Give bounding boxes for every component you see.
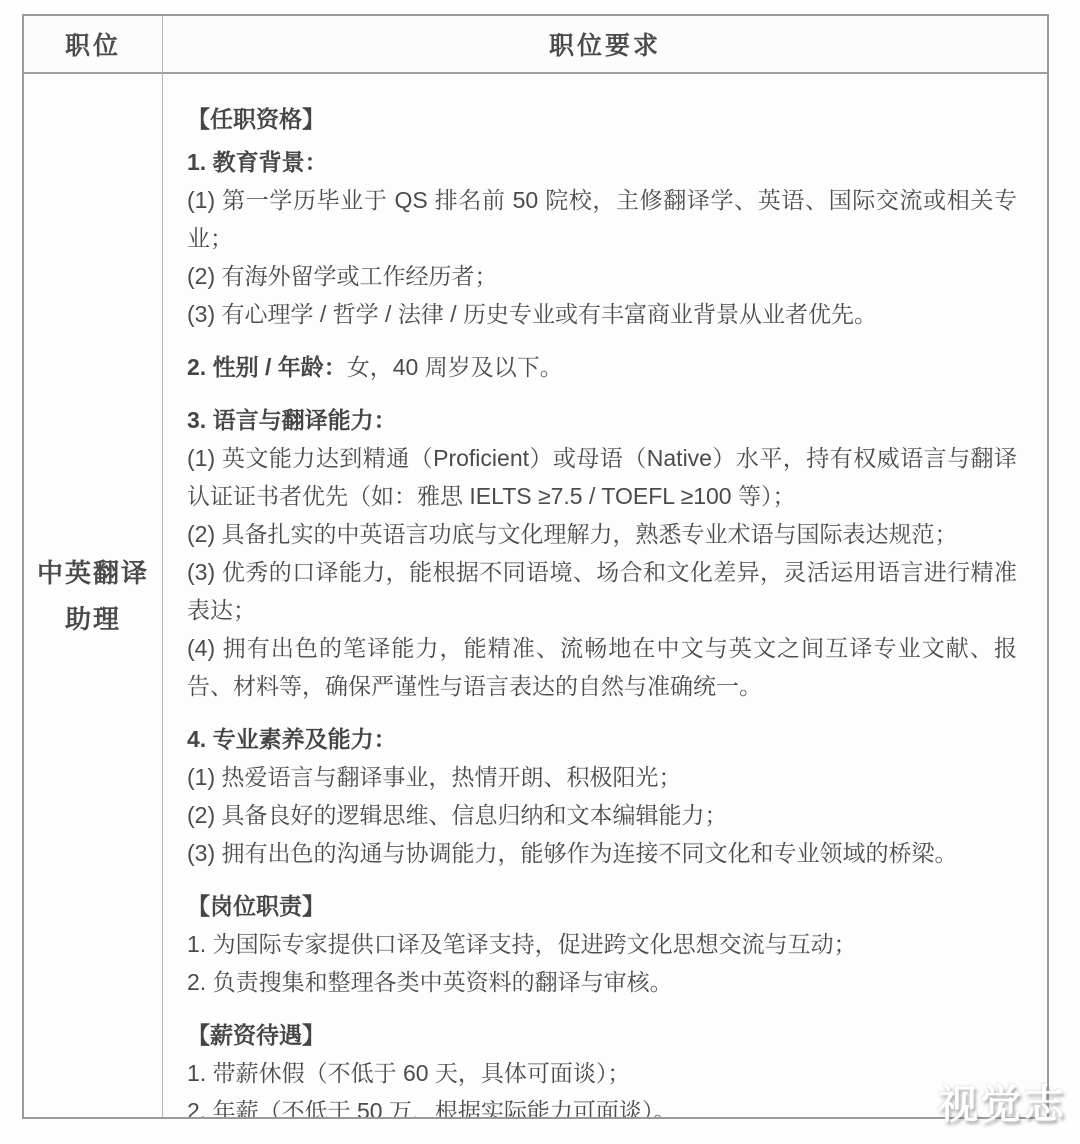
- gender-age-value: 女，40 周岁及以下。: [347, 354, 563, 380]
- requirement-item: (3) 拥有出色的沟通与协调能力，能够作为连接不同文化和专业领域的桥梁。: [187, 834, 1017, 872]
- requirement-item: 1. 为国际专家提供口译及笔译支持，促进跨文化思想交流与互动；: [187, 925, 1017, 963]
- requirement-item: (4) 拥有出色的笔译能力，能精准、流畅地在中文与英文之间互译专业文献、报告、材…: [187, 629, 1017, 705]
- requirement-item: 2. 年薪（不低于 50 万，根据实际能力可面谈）。: [187, 1092, 1017, 1117]
- section-heading-qualifications: 【任职资格】: [187, 100, 1017, 138]
- requirement-item: 1. 带薪休假（不低于 60 天，具体可面谈）；: [187, 1054, 1017, 1092]
- requirement-item: (1) 第一学历毕业于 QS 排名前 50 院校，主修翻译学、英语、国际交流或相…: [187, 181, 1017, 257]
- requirement-item: 2. 负责搜集和整理各类中英资料的翻译与审核。: [187, 963, 1017, 1001]
- subsection-title-competency: 4. 专业素养及能力：: [187, 720, 1017, 758]
- subsection-language: 3. 语言与翻译能力： (1) 英文能力达到精通（Proficient）或母语（…: [187, 401, 1017, 705]
- section-heading-duties: 【岗位职责】: [187, 887, 1017, 925]
- position-title: 中英翻译 助理: [37, 550, 149, 642]
- section-duties: 【岗位职责】 1. 为国际专家提供口译及笔译支持，促进跨文化思想交流与互动； 2…: [187, 887, 1017, 1001]
- position-cell: 中英翻译 助理: [24, 74, 163, 1117]
- requirement-item: (1) 英文能力达到精通（Proficient）或母语（Native）水平，持有…: [187, 439, 1017, 515]
- subsection-title-education: 1. 教育背景：: [187, 143, 1017, 181]
- page: 职位 职位要求 中英翻译 助理 【任职资格】 1. 教育背景： (1) 第一学历…: [0, 0, 1080, 1144]
- requirements-cell: 【任职资格】 1. 教育背景： (1) 第一学历毕业于 QS 排名前 50 院校…: [163, 74, 1047, 1117]
- gender-age-line: 2. 性别 / 年龄：女，40 周岁及以下。: [187, 348, 1017, 386]
- subsection-title-language: 3. 语言与翻译能力：: [187, 401, 1017, 439]
- requirement-item: (3) 有心理学 / 哲学 / 法律 / 历史专业或有丰富商业背景从业者优先。: [187, 295, 1017, 333]
- column-header-requirements: 职位要求: [163, 16, 1047, 74]
- requirement-item: (2) 具备扎实的中英语言功底与文化理解力，熟悉专业术语与国际表达规范；: [187, 515, 1017, 553]
- section-qualifications: 【任职资格】 1. 教育背景： (1) 第一学历毕业于 QS 排名前 50 院校…: [187, 100, 1017, 872]
- requirement-item: (3) 优秀的口译能力，能根据不同语境、场合和文化差异，灵活运用语言进行精准表达…: [187, 553, 1017, 629]
- job-table: 职位 职位要求 中英翻译 助理 【任职资格】 1. 教育背景： (1) 第一学历…: [22, 14, 1049, 1119]
- requirement-item: (2) 有海外留学或工作经历者；: [187, 257, 1017, 295]
- subsection-education: 1. 教育背景： (1) 第一学历毕业于 QS 排名前 50 院校，主修翻译学、…: [187, 143, 1017, 333]
- subsection-competency: 4. 专业素养及能力： (1) 热爱语言与翻译事业，热情开朗、积极阳光； (2)…: [187, 720, 1017, 872]
- section-heading-salary: 【薪资待遇】: [187, 1016, 1017, 1054]
- position-title-line1: 中英翻译: [37, 558, 149, 588]
- position-title-line2: 助理: [65, 604, 121, 634]
- column-header-position: 职位: [24, 16, 163, 74]
- subsection-title-gender-age: 2. 性别 / 年龄：: [187, 354, 347, 380]
- requirement-item: (2) 具备良好的逻辑思维、信息归纳和文本编辑能力；: [187, 796, 1017, 834]
- requirement-item: (1) 热爱语言与翻译事业，热情开朗、积极阳光；: [187, 758, 1017, 796]
- section-salary: 【薪资待遇】 1. 带薪休假（不低于 60 天，具体可面谈）； 2. 年薪（不低…: [187, 1016, 1017, 1117]
- subsection-gender-age: 2. 性别 / 年龄：女，40 周岁及以下。: [187, 348, 1017, 386]
